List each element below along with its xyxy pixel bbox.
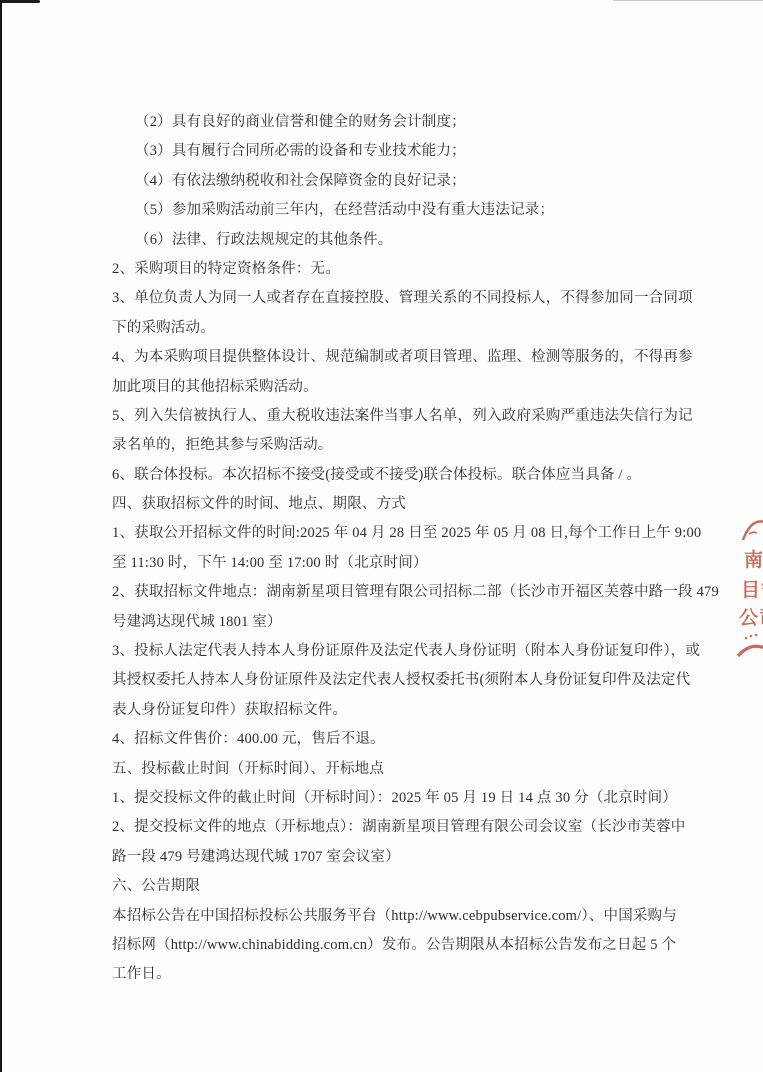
text-line: （3）具有履行合同所必需的设备和专业技术能力； xyxy=(112,137,668,166)
text-line: 工作日。 xyxy=(112,960,668,989)
text-line: 表人身份证复印件）获取招标文件。 xyxy=(112,696,668,725)
text-line: （6）法律、行政法规规定的其他条件。 xyxy=(112,226,668,255)
stamp-text-fragment: 南 xyxy=(744,551,763,570)
section-heading: 四、获取招标文件的时间、地点、期限、方式 xyxy=(112,490,668,519)
section-heading: 五、投标截止时间（开标时间）、开标地点 xyxy=(112,755,668,784)
text-line: 招标网（http://www.chinabidding.com.cn）发布。公告… xyxy=(112,931,668,960)
text-line: （4）有依法缴纳税收和社会保障资金的良好记录； xyxy=(112,167,668,196)
text-line: 其授权委托人持本人身份证原件及法定代表人授权委托书(须附本人身份证复印件及法定代 xyxy=(112,666,668,695)
text-line: （2）具有良好的商业信誉和健全的财务会计制度； xyxy=(112,108,668,137)
text-line: 至 11:30 时，下午 14:00 至 17:00 时（北京时间） xyxy=(112,549,668,578)
text-line: 4、为本采购项目提供整体设计、规范编制或者项目管理、监理、检测等服务的，不得再参 xyxy=(112,343,668,372)
section-heading: 六、公告期限 xyxy=(112,872,668,901)
text-line: 6、联合体投标。本次招标不接受(接受或不接受)联合体投标。联合体应当具备 / 。 xyxy=(112,461,668,490)
scan-artifact-left-edge xyxy=(0,0,2,1072)
stamp-arc-shapes xyxy=(735,510,763,675)
text-line: 4、招标文件售价：400.00 元，售后不退。 xyxy=(112,725,668,754)
text-line: 1、提交投标文件的截止时间（开标时间）：2025 年 05 月 19 日 14 … xyxy=(112,784,668,813)
text-line: 3、单位负责人为同一人或者存在直接控股、管理关系的不同投标人，不得参加同一合同项 xyxy=(112,284,668,313)
text-line: 3、投标人法定代表人持本人身份证原件及法定代表人身份证明（附本人身份证复印件），… xyxy=(112,637,668,666)
text-line: 2、采购项目的特定资格条件：无。 xyxy=(112,255,668,284)
text-line: 1、获取公开招标文件的时间:2025 年 04 月 28 日至 2025 年 0… xyxy=(112,519,668,548)
scan-artifact-top-hairline xyxy=(613,0,763,1)
scan-artifact-top-smudge xyxy=(0,0,40,3)
text-line: 本招标公告在中国招标投标公共服务平台（http://www.cebpubserv… xyxy=(112,902,668,931)
announcement-body: （2）具有良好的商业信誉和健全的财务会计制度； （3）具有履行合同所必需的设备和… xyxy=(112,108,668,990)
document-page: （2）具有良好的商业信誉和健全的财务会计制度； （3）具有履行合同所必需的设备和… xyxy=(0,0,763,1072)
text-line: 路一段 479 号建鸿达现代城 1707 室会议室） xyxy=(112,843,668,872)
text-line: 号建鸿达现代城 1801 室） xyxy=(112,608,668,637)
text-line: （5）参加采购活动前三年内，在经营活动中没有重大违法记录； xyxy=(112,196,668,225)
stamp-text-fragment: 目管 xyxy=(741,581,763,600)
text-line: 2、获取招标文件地点：湖南新星项目管理有限公司招标二部（长沙市开福区芙蓉中路一段… xyxy=(112,578,668,607)
text-line: 录名单的，拒绝其参与采购活动。 xyxy=(112,431,668,460)
text-line: 2、提交投标文件的地点（开标地点）：湖南新星项目管理有限公司会议室（长沙市芙蓉中 xyxy=(112,813,668,842)
text-line: 下的采购活动。 xyxy=(112,314,668,343)
text-line: 加此项目的其他招标采购活动。 xyxy=(112,373,668,402)
text-line: 5、列入失信被执行人、重大税收违法案件当事人名单，列入政府采购严重违法失信行为记 xyxy=(112,402,668,431)
stamp-text-fragment: 公司 xyxy=(739,609,763,628)
